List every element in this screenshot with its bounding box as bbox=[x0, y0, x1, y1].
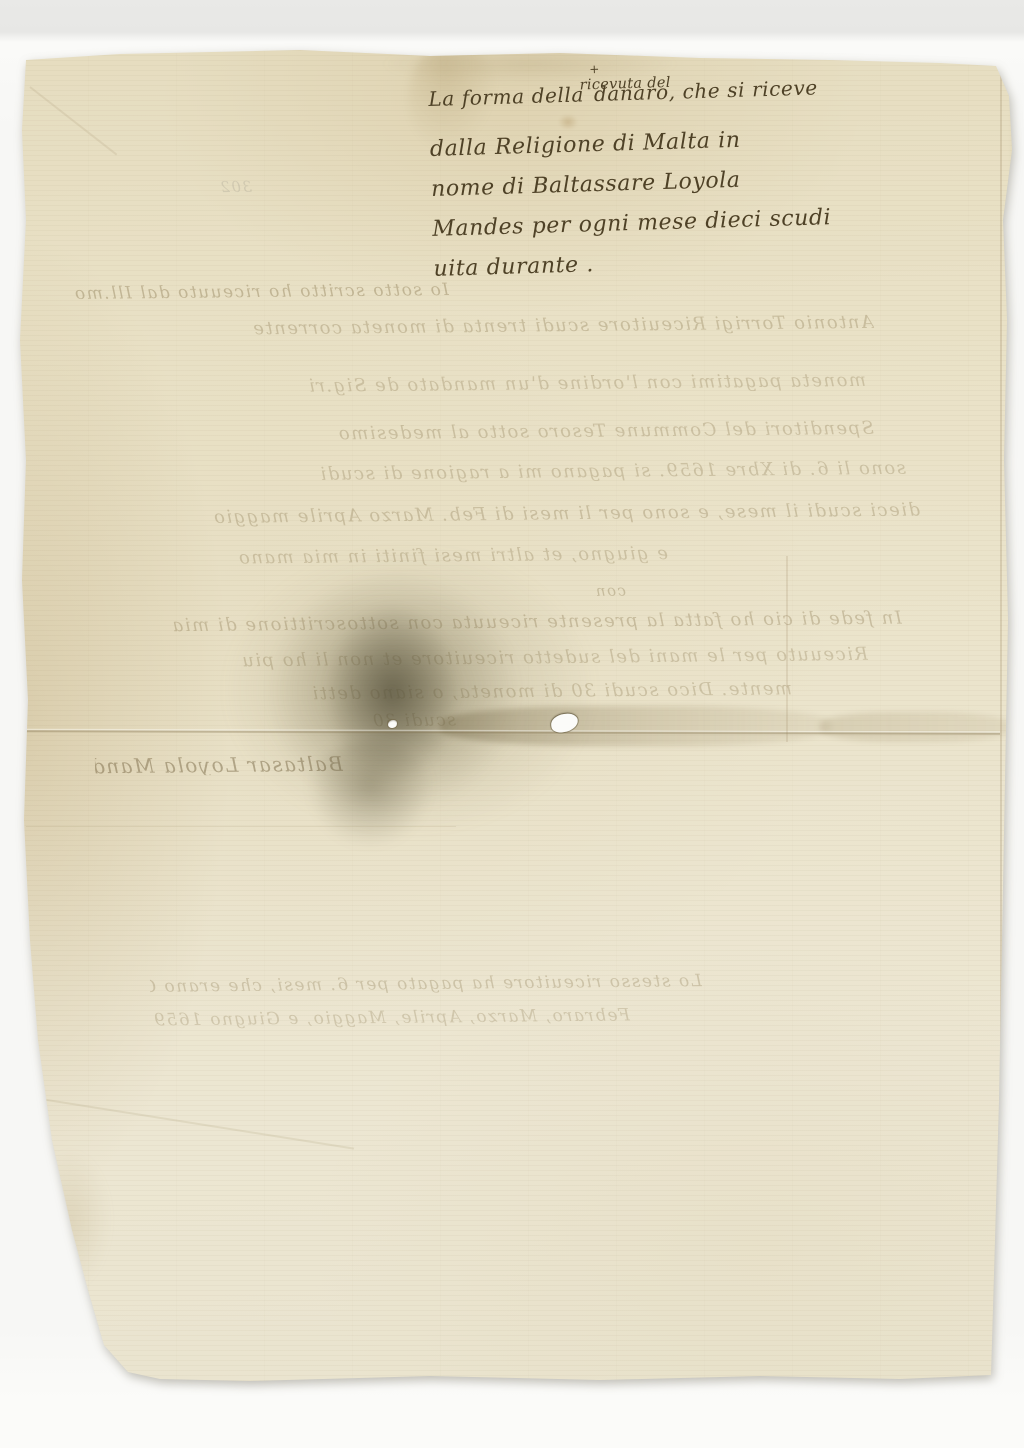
paper-shadow-wrapper: 302 Io sotto scritto ho riceuuto dal Ill… bbox=[0, 0, 1024, 1448]
insertion-above-line: ricevuta del bbox=[579, 68, 671, 101]
crease-horizontal-faint bbox=[26, 826, 456, 827]
fold-smudge-right bbox=[820, 712, 1010, 742]
bleed-through-page-number: 302 bbox=[200, 180, 252, 196]
paper-sheet: 302 Io sotto scritto ho riceuuto dal Ill… bbox=[0, 0, 1024, 1448]
manuscript-title-block: La forma della+ricevuta deldanaro, che s… bbox=[428, 72, 826, 290]
title-line-1-pre: La forma della bbox=[428, 82, 584, 111]
ink-stain-tail bbox=[305, 740, 435, 850]
edge-spot-left bbox=[30, 1150, 110, 1290]
crease-vertical-mid bbox=[786, 556, 788, 742]
insertion-anchor: +ricevuta del bbox=[584, 100, 594, 101]
fold-crease-vertical-right bbox=[1000, 66, 1002, 1374]
fold-smudge bbox=[440, 706, 830, 746]
scanner-background: 302 Io sotto scritto ho riceuuto dal Ill… bbox=[0, 0, 1024, 1448]
